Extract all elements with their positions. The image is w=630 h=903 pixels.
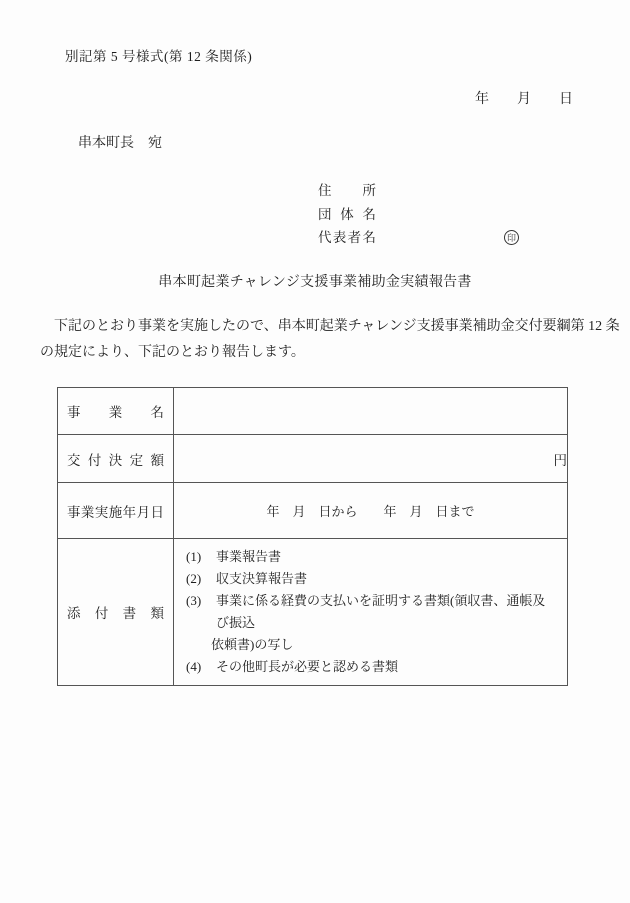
attachment-item-3: (3) 事業に係る経費の支払いを証明する書類(領収書、通帳及び振込 依頼書)の写… [186, 590, 557, 656]
grant-amount-value-cell: 円 [174, 435, 568, 483]
applicant-organization-row: 団体名 [318, 203, 578, 227]
grant-amount-label-cell: 交付決定額 [58, 435, 174, 483]
attachments-value-cell: (1) 事業報告書 (2) 収支決算報告書 (3) 事業に係る経費の支払いを証明… [174, 539, 568, 686]
form-number: 別記第 5 号様式(第 12 条関係) [65, 45, 252, 65]
body-line-2: の規定により、下記のとおり報告します。 [40, 340, 598, 366]
attachment-item-4: (4) その他町長が必要と認める書類 [186, 656, 557, 678]
attachment-2-number: (2) [186, 568, 216, 590]
attachments-list: (1) 事業報告書 (2) 収支決算報告書 (3) 事業に係る経費の支払いを証明… [174, 539, 567, 685]
applicant-block: 住所 団体名 代表者名 印 [318, 179, 578, 250]
attachment-4-text: その他町長が必要と認める書類 [216, 656, 557, 678]
project-name-label: 事業名 [58, 401, 173, 421]
attachment-1-text: 事業報告書 [216, 546, 557, 568]
seal-mark: 印 [504, 230, 519, 245]
table-row-grant-amount: 交付決定額 円 [58, 435, 568, 483]
date-line: 年 月 日 [475, 88, 573, 108]
body-paragraph: 下記のとおり事業を実施したので、串本町起業チャレンジ支援事業補助金交付要綱第 1… [40, 314, 598, 366]
attachments-label-cell: 添付書類 [58, 539, 174, 686]
grant-amount-label: 交付決定額 [58, 449, 173, 469]
project-name-label-cell: 事業名 [58, 388, 174, 435]
organization-label: 団体名 [318, 203, 376, 227]
project-name-value-cell [174, 388, 568, 435]
report-table: 事業名 交付決定額 円 事業実施年月日 年 月 日から 年 月 日まで 添付書類 [57, 387, 568, 686]
document-title: 串本町起業チャレンジ支援事業補助金実績報告書 [0, 271, 630, 291]
address-label: 住所 [318, 179, 376, 203]
attachment-item-2: (2) 収支決算報告書 [186, 568, 557, 590]
table-row-attachments: 添付書類 (1) 事業報告書 (2) 収支決算報告書 (3) 事業に係 [58, 539, 568, 686]
attachment-3-text-line-2: 依頼書)の写し [211, 634, 557, 656]
document-page: 別記第 5 号様式(第 12 条関係) 年 月 日 串本町長 宛 住所 団体名 … [0, 0, 630, 903]
attachment-item-1: (1) 事業報告書 [186, 546, 557, 568]
attachment-1-number: (1) [186, 546, 216, 568]
table-row-project-name: 事業名 [58, 388, 568, 435]
addressee: 串本町長 宛 [78, 132, 162, 152]
project-period-label-cell: 事業実施年月日 [58, 483, 174, 539]
project-period-value-cell: 年 月 日から 年 月 日まで [174, 483, 568, 539]
attachment-4-number: (4) [186, 656, 216, 678]
yen-unit-label: 円 [554, 453, 568, 468]
attachment-3-text: 事業に係る経費の支払いを証明する書類(領収書、通帳及び振込 依頼書)の写し [216, 590, 557, 656]
applicant-address-row: 住所 [318, 179, 578, 203]
attachment-3-text-line-1: 事業に係る経費の支払いを証明する書類(領収書、通帳及び振込 [216, 593, 545, 630]
applicant-representative-row: 代表者名 印 [318, 226, 578, 250]
body-line-1: 下記のとおり事業を実施したので、串本町起業チャレンジ支援事業補助金交付要綱第 1… [40, 314, 598, 340]
attachment-2-text: 収支決算報告書 [216, 568, 557, 590]
representative-label: 代表者名 [318, 226, 376, 250]
attachments-label: 添付書類 [58, 602, 173, 622]
project-period-label: 事業実施年月日 [58, 501, 173, 521]
table-row-project-period: 事業実施年月日 年 月 日から 年 月 日まで [58, 483, 568, 539]
